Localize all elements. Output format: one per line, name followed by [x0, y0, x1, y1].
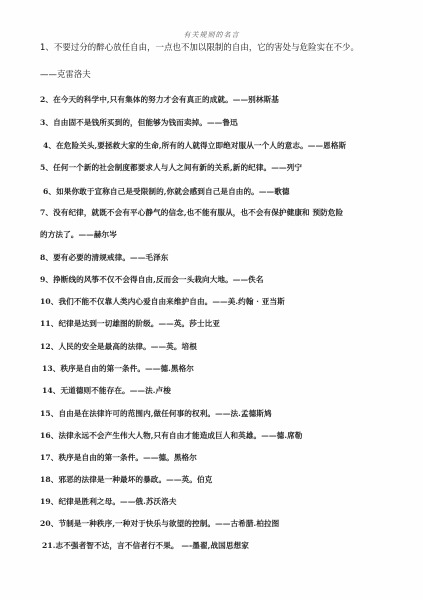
- document-title: 有关规则的名言: [0, 30, 423, 40]
- quote-line-1-author: ——克雷洛夫: [40, 69, 91, 79]
- quote-line-12: 12、人民的安全是最高的法律。——英。培根: [40, 342, 197, 352]
- quote-line-13: 13、秩序是自由的第一条件。——德.黑格尔: [42, 364, 194, 374]
- quote-line-14: 14、无道德则不能存在。——法.卢梭: [42, 386, 171, 396]
- quote-line-21: 21.志不强者智不达，言不信者行不果。 —-墨翟,战国思想家: [42, 541, 249, 551]
- quote-line-17: 17、秩序是自由的第一条件。——德。黑格尔: [40, 453, 197, 463]
- quote-line-9: 9、挣断线的风筝不仅不会得自由,反而会一头栽向大地。——佚名: [40, 275, 264, 285]
- quote-line-1: 1、不要过分的醉心放任自由，一点也不加以限制的自由，它的害处与危险实在不少。: [40, 42, 359, 52]
- document-page: 有关规则的名言 1、不要过分的醉心放任自由，一点也不加以限制的自由，它的害处与危…: [0, 0, 423, 600]
- quote-line-15: 15、自由是在法律许可的范围内,做任何事的权利。——法.孟德斯鸠: [40, 409, 272, 419]
- quote-line-7-cont: 的方法了。——赫尔岑: [40, 230, 117, 240]
- quote-line-10: 10、我们不能不仅靠人类内心爱自由来维护自由。——美.约翰 · 亚当斯: [40, 297, 285, 307]
- quote-line-2: 2、在今天的科学中,只有集体的努力才会有真正的成就。——别林斯基: [40, 95, 279, 105]
- quote-line-7: 7、没有纪律，就既不会有平心静气的信念,也不能有服从，也不会有保护健康和 预防危…: [40, 208, 343, 218]
- quote-line-6: 6、如果你敢于宣称自己是受限制的,你就会感到自己是自由的。——歌德: [43, 187, 290, 197]
- quote-line-8: 8、要有必要的清规戒律。——毛泽东: [40, 253, 168, 263]
- quote-line-20: 20、节制是一种秩序,一种对于快乐与欲望的控制。——古希腊.柏拉图: [40, 519, 279, 529]
- quote-line-3: 3、自由固不是钱所买到的，但能够为钱而卖掉。——鲁迅: [40, 118, 238, 128]
- quote-line-18: 18、邪恶的法律是一种最坏的暴政。——英。伯克: [40, 475, 212, 485]
- quote-line-5: 5、任何一个新的社会制度都要求人与人之间有新的关系,新的纪律。——列宁: [40, 163, 302, 173]
- quote-line-4: 4、在危险关头,要拯救大家的生命,所有的人就得立即绝对服从一个人的意志。——恩格…: [43, 141, 346, 151]
- quote-line-11: 11、纪律是达到一切雄图的阶级。——英。莎士比亚: [40, 319, 220, 329]
- quote-line-16: 16、法律永远不会产生伟大人物,只有自由才能造成巨人和英雄。——德.席勒: [40, 431, 302, 441]
- quote-line-19: 19、纪律是胜利之母。——俄.苏沃洛夫: [40, 497, 177, 507]
